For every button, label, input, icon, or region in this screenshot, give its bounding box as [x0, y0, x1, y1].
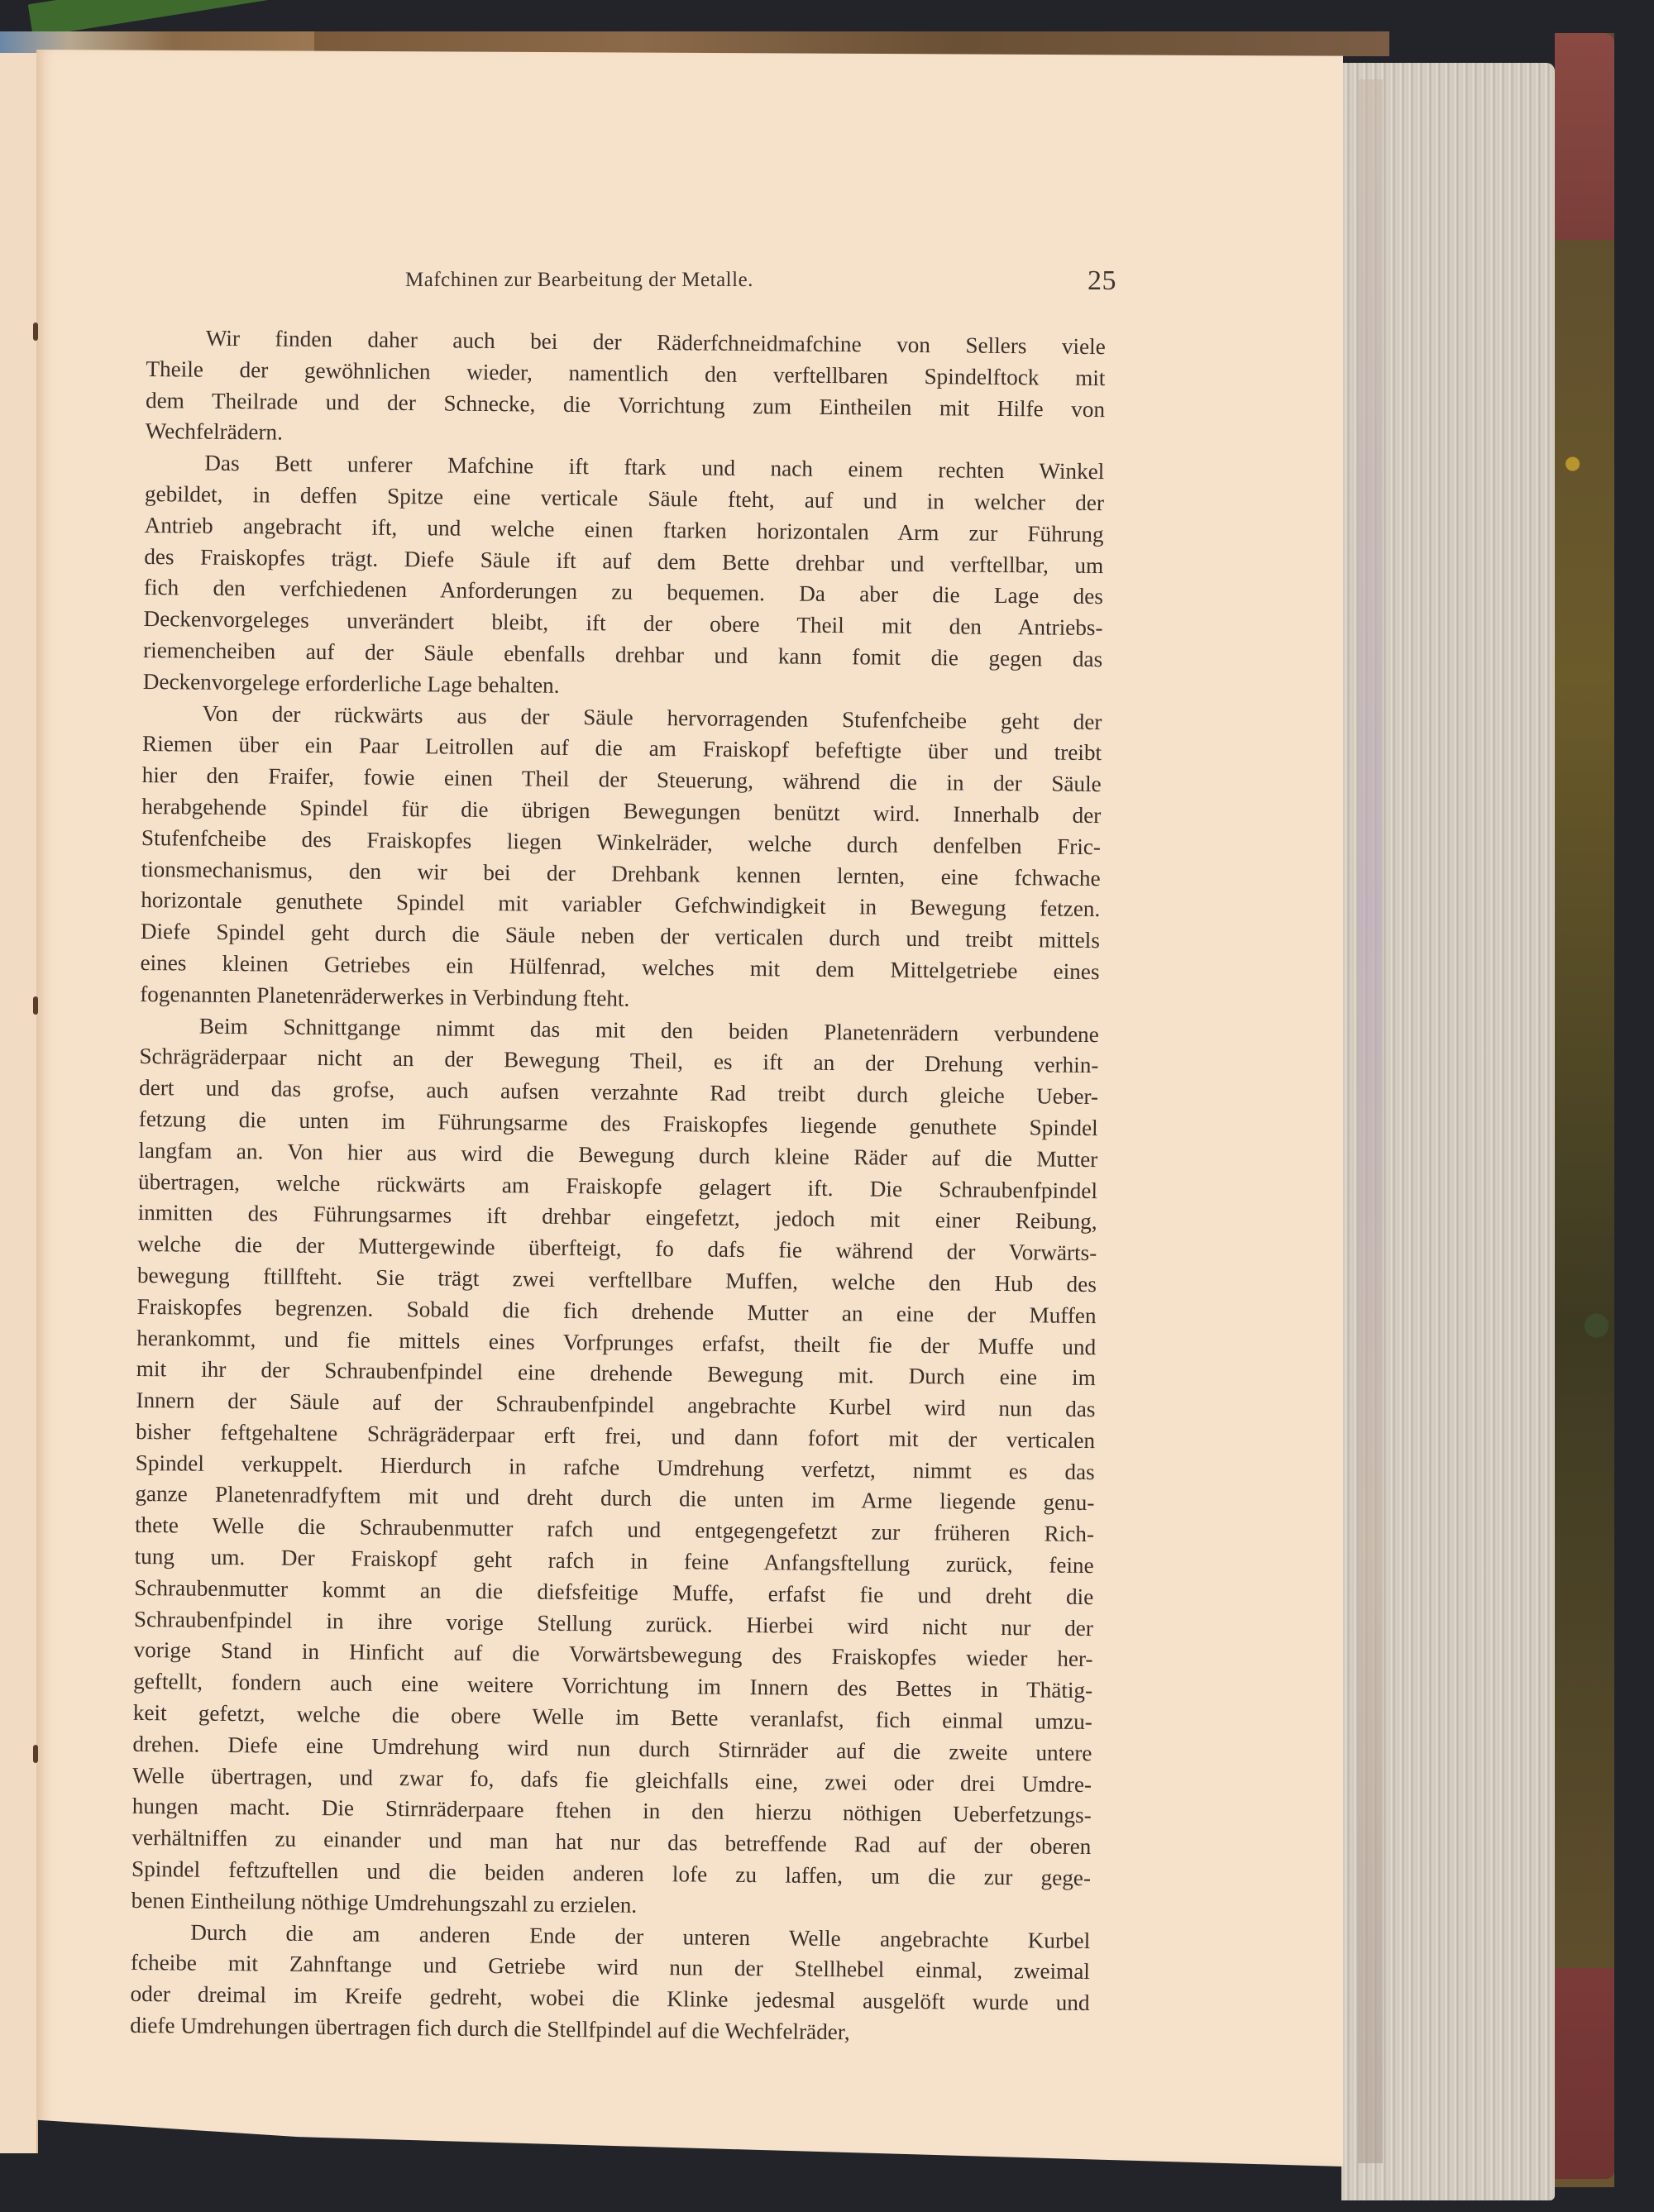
body-text: Wir finden daher auch bei der Räderfchne…: [130, 322, 1106, 2051]
paragraph: Beim Schnittgange nimmt das mit den beid…: [131, 1010, 1098, 1925]
margin-mark: [33, 322, 38, 341]
previous-page-edge: [0, 53, 38, 2153]
leather-corner-bottom: [1555, 1968, 1614, 2179]
leather-corner-top: [1555, 33, 1614, 240]
paragraph: Wir finden daher auch bei der Räderfchne…: [146, 322, 1106, 456]
margin-mark: [33, 1745, 38, 1763]
margin-mark: [33, 996, 38, 1015]
marbled-cover-board: [1555, 33, 1614, 2187]
page-stack-fore-edge: [1341, 63, 1555, 2200]
paragraph: Das Bett unferer Mafchine ift ftark und …: [143, 447, 1105, 706]
paragraph: Von der rückwärts aus der Säule hervorra…: [140, 698, 1102, 1020]
paragraph: Durch die am anderen Ende der unteren We…: [130, 1917, 1090, 2051]
page-number: 25: [1088, 265, 1116, 297]
running-title: Mafchinen zur Bearbeitung der Metalle.: [405, 269, 753, 292]
